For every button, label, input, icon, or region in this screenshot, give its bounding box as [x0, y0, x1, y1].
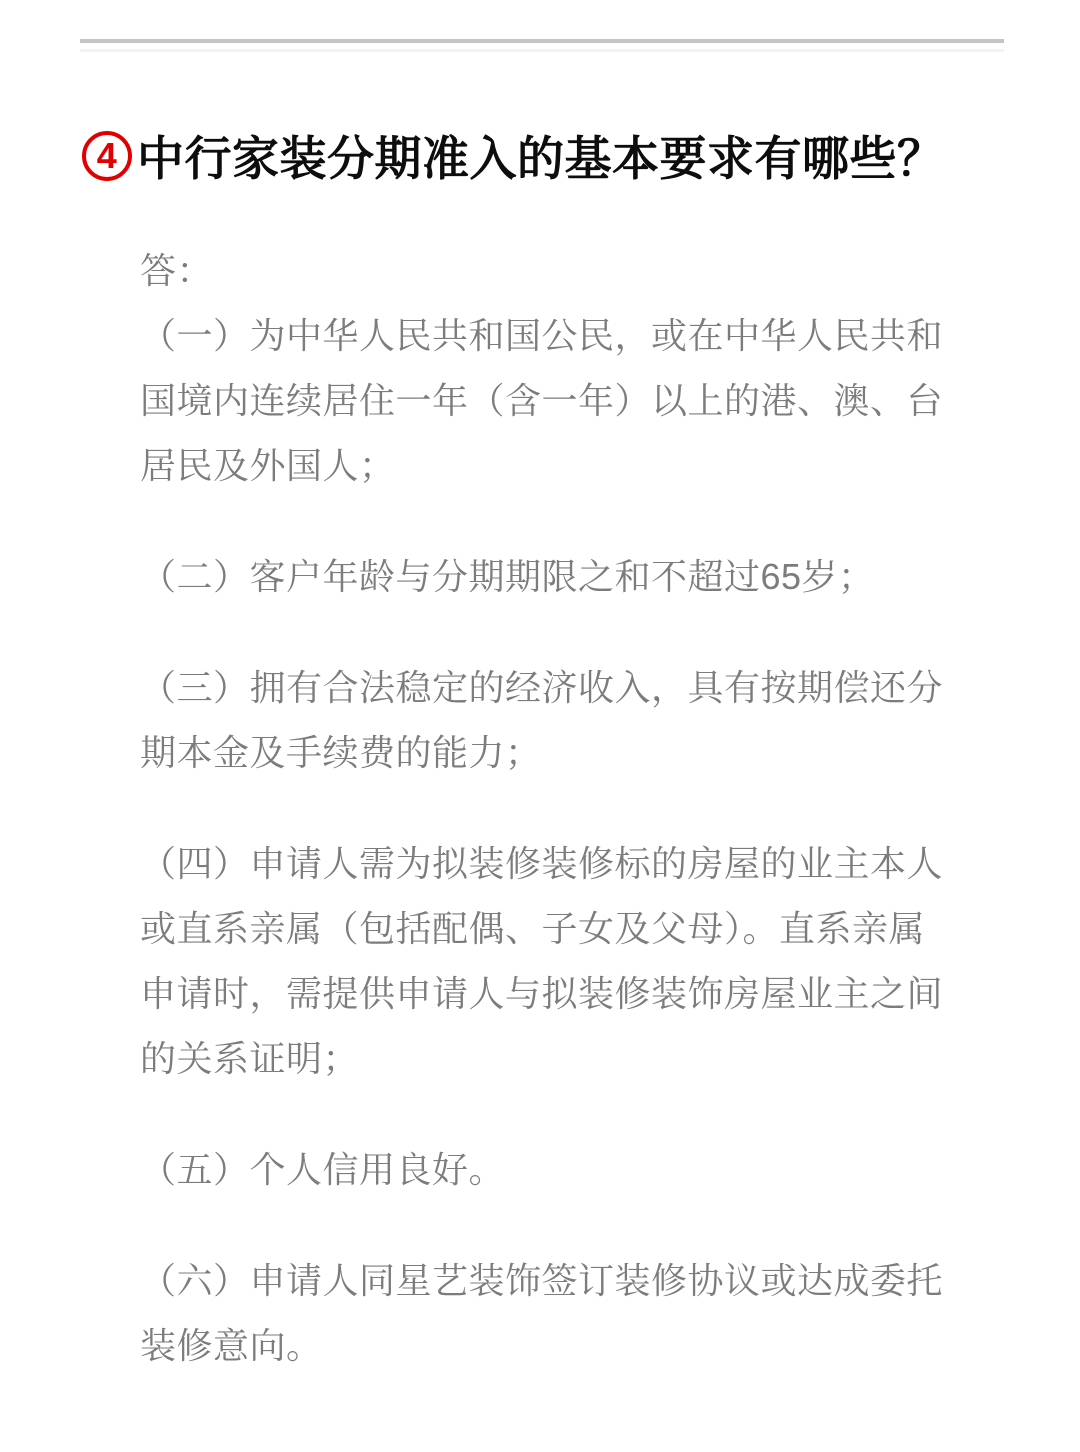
- text-line: （六）申请人同星艺装饰签订装修协议或达成委托: [140, 1248, 980, 1313]
- answer-items: （一）为中华人民共和国公民，或在中华人民共和国境内连续居住一年（含一年）以上的港…: [140, 303, 980, 1378]
- text-line: 申请时，需提供申请人与拟装修装饰房屋业主之间: [140, 961, 980, 1026]
- text-line: （一）为中华人民共和国公民，或在中华人民共和: [140, 303, 980, 368]
- text-line: （二）客户年龄与分期期限之和不超过65岁；: [140, 544, 980, 609]
- answer-item-5: （五）个人信用良好。: [140, 1137, 980, 1202]
- text-line: （四）申请人需为拟装修装修标的房屋的业主本人: [140, 831, 980, 896]
- article-page: 4 中行家装分期准入的基本要求有哪些？ 答： （一）为中华人民共和国公民，或在中…: [0, 39, 1080, 1378]
- answer-content: 答： （一）为中华人民共和国公民，或在中华人民共和国境内连续居住一年（含一年）以…: [140, 238, 980, 1378]
- question-heading: 4 中行家装分期准入的基本要求有哪些？: [82, 122, 1040, 189]
- text-line: 的关系证明；: [140, 1026, 980, 1091]
- top-divider-shadow: [80, 49, 1004, 52]
- question-number-badge: 4: [82, 131, 132, 181]
- text-line: 居民及外国人；: [140, 433, 980, 498]
- answer-label: 答：: [140, 238, 980, 303]
- question-title: 中行家装分期准入的基本要求有哪些？: [137, 122, 945, 189]
- top-divider: [80, 39, 1004, 43]
- answer-item-4: （四）申请人需为拟装修装修标的房屋的业主本人或直系亲属（包括配偶、子女及父母）。…: [140, 831, 980, 1091]
- text-line: 国境内连续居住一年（含一年）以上的港、澳、台: [140, 368, 980, 433]
- text-line: （三）拥有合法稳定的经济收入，具有按期偿还分: [140, 655, 980, 720]
- text-line: 装修意向。: [140, 1313, 980, 1378]
- text-line: （五）个人信用良好。: [140, 1137, 980, 1202]
- answer-item-1: （一）为中华人民共和国公民，或在中华人民共和国境内连续居住一年（含一年）以上的港…: [140, 303, 980, 498]
- text-line: 或直系亲属（包括配偶、子女及父母）。直系亲属: [140, 896, 980, 961]
- answer-item-2: （二）客户年龄与分期期限之和不超过65岁；: [140, 544, 980, 609]
- text-line: 期本金及手续费的能力；: [140, 720, 980, 785]
- answer-item-6: （六）申请人同星艺装饰签订装修协议或达成委托装修意向。: [140, 1248, 980, 1378]
- answer-item-3: （三）拥有合法稳定的经济收入，具有按期偿还分期本金及手续费的能力；: [140, 655, 980, 785]
